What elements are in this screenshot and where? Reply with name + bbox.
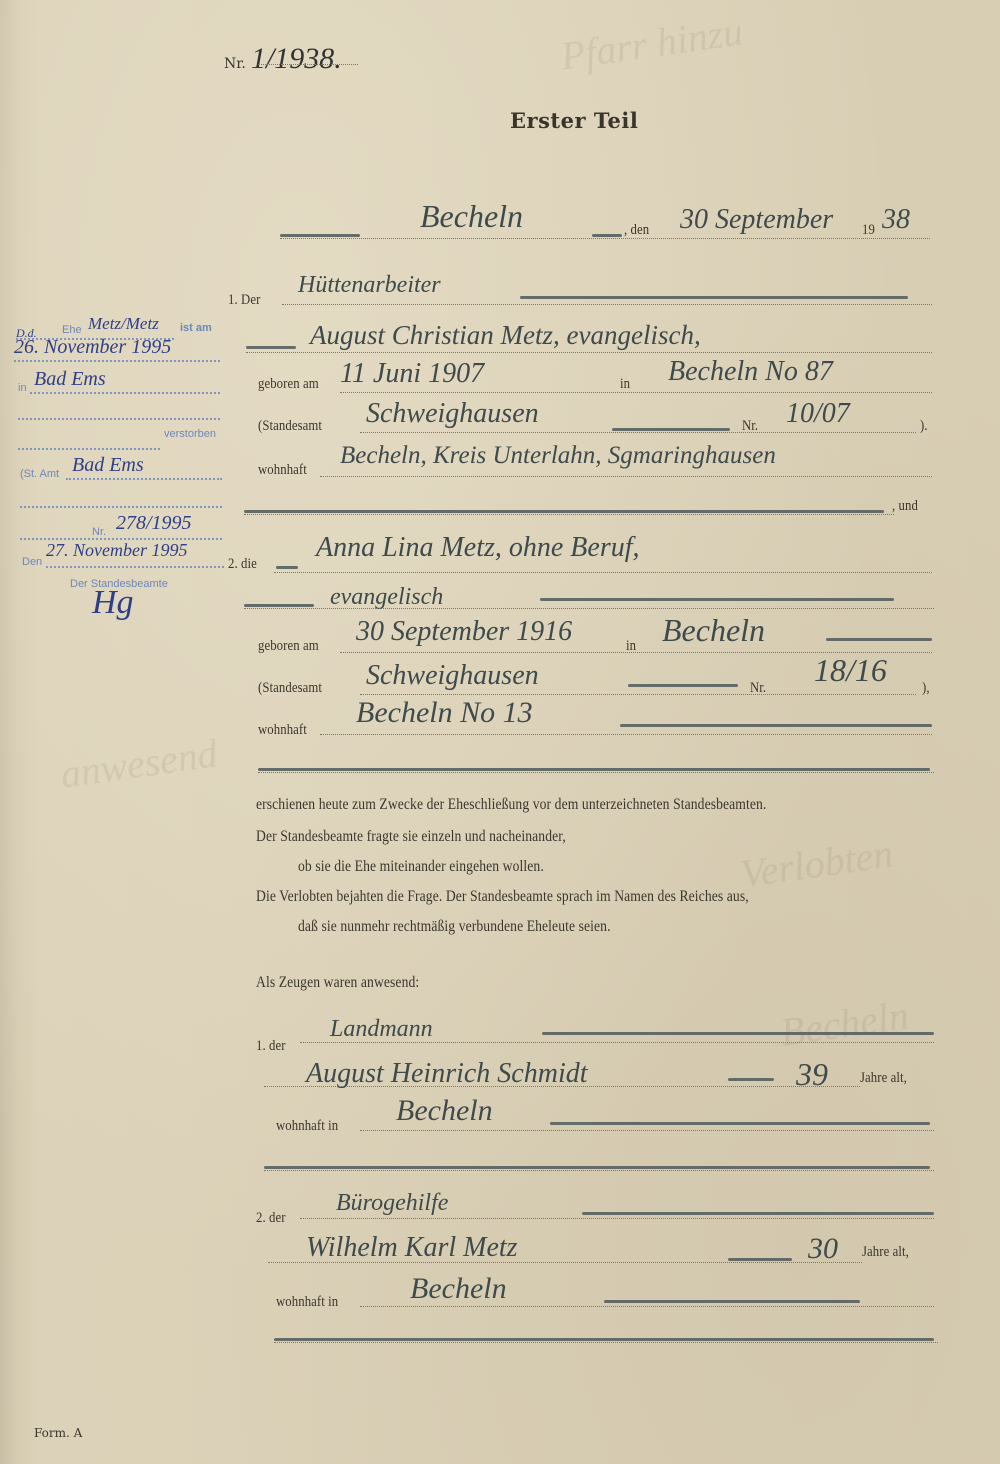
witness-2-residence: Becheln [410,1272,507,1306]
fill-stroke [728,1258,792,1261]
fill-stroke [540,598,894,601]
body-line-4: Die Verlobten bejahten die Frage. Der St… [256,888,749,906]
witness-1-line-2 [264,1086,860,1087]
witness-1-occupation: Landmann [330,1016,433,1043]
groom-index: 1. Der [228,292,260,309]
stamp-line [46,566,224,568]
groom-in-label: in [620,376,630,393]
groom-line-3 [340,392,932,393]
stamp-place: Bad Ems [34,368,106,391]
stamp-line [18,418,220,420]
fill-stroke [582,1212,934,1215]
fill-stroke [728,1078,774,1081]
groom-residence: Becheln, Kreis Unterlahn, Sgmaringhausen [340,442,776,470]
witness-1-index: 1. der [256,1038,286,1055]
witnesses-heading: Als Zeugen waren anwesend: [256,974,419,992]
groom-born-label: geboren am [258,376,319,393]
fill-stroke [258,768,930,771]
stamp-in-label: in [18,382,27,394]
record-number-line [258,64,358,65]
record-number-value: 1/1938. [251,42,342,75]
bride-line-2 [244,608,934,609]
bride-birth-date: 30 September 1916 [356,616,572,648]
date-value: 30 September [680,204,833,236]
witness-2-line-1 [300,1218,934,1219]
groom-registry-label: (Standesamt [258,418,322,435]
bride-line-6 [258,772,934,773]
fill-stroke [592,234,622,237]
groom-occupation: Hüttenarbeiter [298,272,441,299]
bride-index: 2. die [228,556,257,573]
groom-registry: Schweighausen [366,398,539,430]
fill-stroke [604,1300,860,1303]
fill-stroke [246,346,296,349]
fill-stroke [280,234,360,237]
bride-name: Anna Lina Metz, ohne Beruf, [316,532,640,564]
bleed-through-text: Pfarr hinzu [558,7,746,79]
witness-2-residence-label: wohnhaft in [276,1294,338,1311]
witness-1-residence: Becheln [396,1094,493,1128]
stamp-line [20,506,222,508]
form-label: Form. A [34,1426,82,1440]
bride-registry-nr: 18/16 [814,652,887,689]
bride-religion: evangelisch [330,584,443,611]
groom-line-4 [360,432,916,433]
stamp-nr-label: Nr. [92,526,106,538]
year-value: 38 [882,204,910,236]
fill-stroke [542,1032,934,1035]
record-number: Nr. 1/1938. [224,42,342,76]
bride-line-5 [320,734,932,735]
page-title: Erster Teil [510,108,638,133]
stamp-line [14,360,220,362]
stamp-date-line: 26. November 1995 [14,336,171,359]
witness-2-name: Wilhelm Karl Metz [306,1232,518,1264]
bleed-through-text: anwesend [57,729,220,797]
body-line-1: erschienen heute zum Zwecke der Eheschli… [256,796,766,814]
witness-2-occupation: Bürogehilfe [336,1190,448,1217]
bride-birth-place: Becheln [662,612,765,649]
bride-line-1 [274,572,932,573]
groom-residence-label: wohnhaft [258,462,307,479]
record-number-label: Nr. [224,56,246,72]
stamp-st-amt-value: Bad Ems [72,454,144,477]
bride-registry: Schweighausen [366,660,539,692]
stamp-signature: Hg [92,584,134,622]
fill-stroke [520,296,908,299]
groom-name: August Christian Metz, evangelisch, [310,320,701,351]
stamp-ist-am-label: ist am [180,322,212,334]
year-prefix: 19 [862,222,875,239]
bride-registry-label: (Standesamt [258,680,322,697]
stamp-den-label: Den [22,556,42,568]
body-line-2: Der Standesbeamte fragte sie einzeln und… [256,828,566,846]
witness-2-line-3 [360,1306,934,1307]
witness-1-line-1 [300,1042,934,1043]
witness-2-line-2 [268,1262,862,1263]
stamp-nr-value: 278/1995 [116,512,192,535]
stamp-line [30,392,220,394]
groom-und-label: , und [892,498,918,515]
bride-residence-label: wohnhaft [258,722,307,739]
witness-1-line-4 [264,1170,934,1171]
fill-stroke [826,638,932,641]
groom-line-2 [246,352,932,353]
witness-2-line-4 [274,1342,938,1343]
witness-1-line-3 [360,1130,934,1131]
stamp-line [18,448,160,450]
fill-stroke [550,1122,930,1125]
groom-registry-close: ). [920,418,928,435]
fill-stroke [628,684,738,687]
fill-stroke [620,724,932,727]
groom-birth-date: 11 Juni 1907 [340,358,484,390]
witness-2-age-label: Jahre alt, [862,1244,909,1261]
bride-born-label: geboren am [258,638,319,655]
fill-stroke [264,1166,930,1169]
fill-stroke [244,510,884,513]
groom-registry-nr: 10/07 [786,398,850,430]
groom-birth-place: Becheln No 87 [668,356,833,388]
bleed-through-text: Becheln [777,991,911,1055]
bride-registry-close: ), [922,680,930,697]
body-line-5: daß sie nunmehr rechtmäßig verbundene Eh… [298,918,611,936]
witness-1-age: 39 [796,1056,828,1093]
fill-stroke [274,1338,934,1341]
date-line [280,238,930,239]
bleed-through-text: Verlobten [737,830,895,898]
stamp-den-value: 27. November 1995 [46,540,187,561]
groom-line-1 [282,304,932,305]
body-line-3: ob sie die Ehe miteinander eingehen woll… [298,858,544,876]
witness-2-index: 2. der [256,1210,286,1227]
stamp-ehe-label: Ehe [62,324,82,336]
groom-line-5 [320,476,932,477]
bride-residence: Becheln No 13 [356,696,533,730]
stamp-line [66,478,222,480]
stamp-st-amt-label: (St. Amt [20,468,59,480]
stamp-verstorben-label: verstorben [164,428,216,440]
witness-1-residence-label: wohnhaft in [276,1118,338,1135]
place-value: Becheln [420,198,523,235]
stamp-ehe-value: Metz/Metz [88,314,159,334]
groom-line-6 [244,514,894,515]
bride-line-4 [360,694,916,695]
witness-1-age-label: Jahre alt, [860,1070,907,1087]
date-label: , den [624,222,649,239]
fill-stroke [612,428,730,431]
witness-2-age: 30 [808,1232,838,1266]
fill-stroke [244,604,314,607]
fill-stroke [276,566,298,569]
